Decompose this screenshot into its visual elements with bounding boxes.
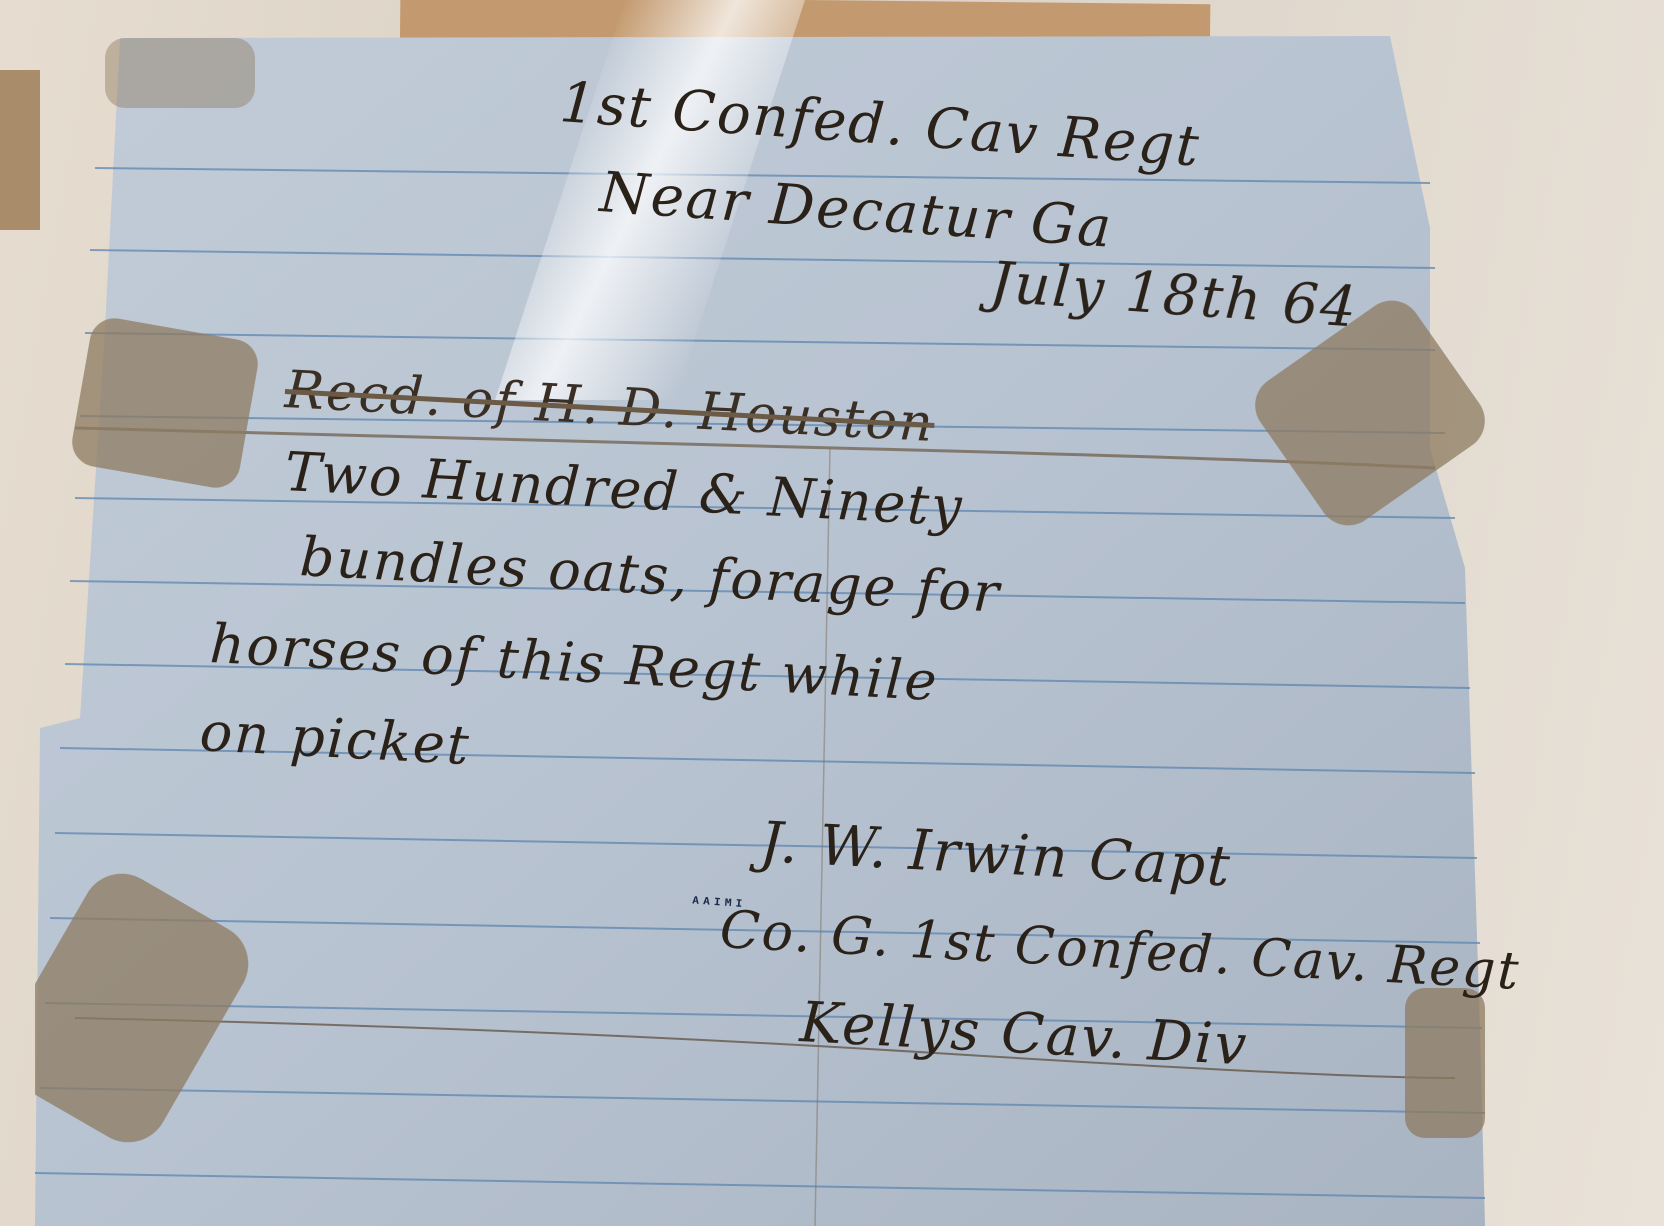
adjacent-card-edge [0, 70, 40, 230]
